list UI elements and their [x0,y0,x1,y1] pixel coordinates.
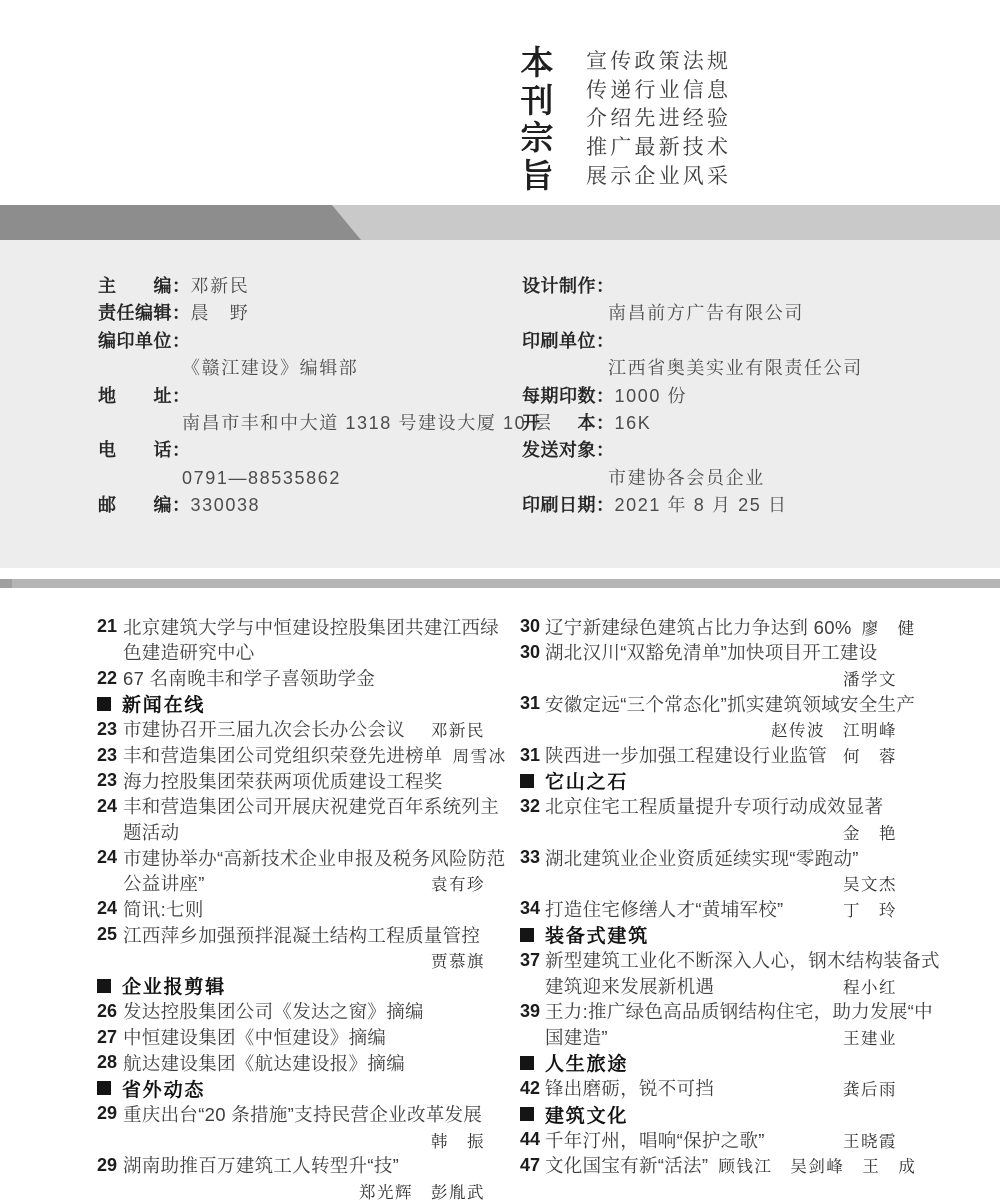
toc-page-number: 31 [520,693,545,714]
toc-page-number: 34 [520,898,545,919]
info-row: 编印单位： [98,328,498,355]
mission-lines: 宣传政策法规传递行业信息介绍先进经验推广最新技术展示企业风采 [586,44,731,194]
toc-entry: 31安徽定远“三个常态化”抓实建筑领域安全生产 [520,691,897,717]
toc-entry-continuation: 题活动 [97,819,485,845]
toc-entry-title: 海力控股集团荣获两项优质建设工程奖 [123,768,443,794]
toc-page-number: 22 [97,668,123,689]
publication-info-left-column: 主 编：邓新民责任编辑：晨 野编印单位：《赣江建设》编辑部地 址：南昌市丰和中大… [98,273,498,520]
toc-page-number: 27 [97,1027,123,1048]
toc-entry-continuation: 公益讲座”袁有珍 [97,870,485,896]
toc-page-number: 23 [97,770,123,791]
toc-author: 王晓霞 [833,1128,897,1152]
toc-page-number: 32 [520,796,545,817]
section-marker-icon [520,928,534,942]
toc-author: 金 艳 [833,820,897,844]
toc-author: 吴文杰 [833,871,897,895]
banner-dark-stripe [0,205,361,240]
toc-author-line: 韩 振 [97,1127,485,1153]
toc-section-header: 它山之石 [520,768,897,794]
toc-entry-title: 新型建筑工业化不断深入人心，钢木结构装备式 [545,947,940,973]
toc-section-title: 省外动态 [122,1075,205,1102]
toc-entry-title: 国建造” [545,1024,608,1050]
toc-author-line: 吴文杰 [520,870,897,896]
toc-entry: 32北京住宅工程质量提升专项行动成效显著 [520,793,897,819]
section-marker-icon [520,774,534,788]
info-label: 设计制作： [522,276,615,296]
toc-entry-continuation: 国建造”王建业 [520,1024,897,1050]
toc-author-line: 金 艳 [520,819,897,845]
toc-author: 廖 健 [852,615,916,639]
toc-left-column: 21北京建筑大学与中恒建设控股集团共建江西绿色建造研究中心2267 名南晚丰和学… [97,614,485,1202]
toc-page-number: 33 [520,847,545,868]
toc-entry-title: 锋出磨砺，锐不可挡 [545,1075,714,1101]
toc-section-title: 企业报剪辑 [122,972,226,999]
toc-author-line: 郑光辉 彭胤武 [97,1178,485,1202]
mission-line: 传递行业信息 [586,77,731,106]
toc-author: 龚后雨 [833,1076,897,1100]
toc-section-title: 新闻在线 [122,690,205,717]
toc-section-title: 装备式建筑 [545,921,649,948]
toc-entry-title: 湖北汉川“双豁免清单”加快项目开工建设 [545,639,878,665]
mission-line: 推广最新技术 [586,134,731,163]
toc-entry-title: 丰和营造集团公司党组织荣登先进榜单 [123,742,443,768]
toc-author: 贾慕旗 [421,948,485,972]
toc-entry: 25江西萍乡加强预拌混凝土结构工程质量管控 [97,922,485,948]
info-label: 邮 编： [98,495,191,515]
toc-section-title: 人生旅途 [545,1049,628,1076]
toc-entry-title: 辽宁新建绿色建筑占比力争达到 60% [545,614,852,640]
toc-entry: 26发达控股集团公司《发达之窗》摘编 [97,999,485,1025]
toc-entry-title: 打造住宅修缮人才“黄埔军校” [545,896,784,922]
toc-author: 顾钱江 吴剑峰 王 成 [708,1153,916,1177]
toc-entry: 30湖北汉川“双豁免清单”加快项目开工建设 [520,640,897,666]
toc-page-number: 29 [97,1155,123,1176]
section-marker-icon [97,1081,111,1095]
info-label: 责任编辑： [98,303,191,323]
toc-page-number: 30 [520,642,545,663]
toc-entry-title: 江西萍乡加强预拌混凝土结构工程质量管控 [123,922,480,948]
toc-page-number: 44 [520,1129,545,1150]
info-row: 印刷日期：2021 年 8 月 25 日 [522,492,952,519]
toc-entry-title: 丰和营造集团公司开展庆祝建党百年系统列主 [123,793,499,819]
toc-entry: 24简讯:七则 [97,896,485,922]
info-row: 责任编辑：晨 野 [98,300,498,327]
toc-section-title: 建筑文化 [545,1101,628,1128]
toc-entry-title: 简讯:七则 [123,896,204,922]
mission-title-char: 宗 [516,119,558,157]
info-label: 开 本： [522,413,615,433]
section-marker-icon [520,1107,534,1121]
toc-entry-title: 市建协召开三届九次会长办公会议 [123,716,405,742]
divider-stripe [0,579,1000,588]
mission-title-char: 本 [516,44,558,82]
info-row: 《赣江建设》编辑部 [98,355,498,382]
info-label: 地 址： [98,386,191,406]
info-row: 邮 编：330038 [98,492,498,519]
publication-info-panel: 主 编：邓新民责任编辑：晨 野编印单位：《赣江建设》编辑部地 址：南昌市丰和中大… [0,240,1000,568]
toc-entry-title: 北京建筑大学与中恒建设控股集团共建江西绿 [123,614,499,640]
info-value: 南昌前方广告有限公司 [608,303,804,323]
info-value: 1000 份 [615,386,688,406]
toc-author: 郑光辉 彭胤武 [349,1179,485,1202]
toc-entry-title: 题活动 [123,819,179,845]
section-marker-icon [97,697,111,711]
toc-entry: 2267 名南晚丰和学子喜领助学金 [97,665,485,691]
toc-section-header: 装备式建筑 [520,922,897,948]
info-row: 南昌市丰和中大道 1318 号建设大厦 10 层 [98,410,498,437]
info-row: 每期印数：1000 份 [522,383,952,410]
toc-entry-title: 建筑迎来发展新机遇 [545,973,714,999]
info-row: 市建协各会员企业 [522,465,952,492]
toc-page-number: 24 [97,898,123,919]
toc-entry: 29湖南助推百万建筑工人转型升“技” [97,1152,485,1178]
info-label: 编印单位： [98,331,191,351]
toc-entry-title: 重庆出台“20 条措施”支持民营企业改革发展 [123,1101,482,1127]
info-label: 每期印数： [522,386,615,406]
info-row: 发送对象： [522,437,952,464]
toc-entry: 34打造住宅修缮人才“黄埔军校”丁 玲 [520,896,897,922]
divider-left-cap [0,579,12,588]
toc-entry-title: 湖南助推百万建筑工人转型升“技” [123,1152,399,1178]
mission-line: 展示企业风采 [586,163,731,192]
info-row: 设计制作： [522,273,952,300]
toc-author-line: 赵传波 江明峰 [520,717,897,743]
info-value: 330038 [191,495,261,515]
toc-author-line: 潘学文 [520,665,897,691]
toc-section-title: 它山之石 [545,767,628,794]
toc-page-number: 28 [97,1052,123,1073]
info-row: 江西省奥美实业有限责任公司 [522,355,952,382]
info-row: 电 话： [98,437,498,464]
toc-page-number: 24 [97,847,123,868]
toc-entry: 23丰和营造集团公司党组织荣登先进榜单周雪冰 [97,742,485,768]
info-label: 发送对象： [522,440,615,460]
info-value: 16K [615,413,652,433]
toc-entry-continuation: 色建造研究中心 [97,640,485,666]
info-row: 开 本：16K [522,410,952,437]
info-label: 印刷单位： [522,331,615,351]
toc-author: 潘学文 [833,666,897,690]
toc-page-number: 25 [97,924,123,945]
publication-info-right-column: 设计制作：南昌前方广告有限公司印刷单位：江西省奥美实业有限责任公司每期印数：10… [522,273,952,520]
toc-entry-title: 湖北建筑业企业资质延续实现“零跑动” [545,845,859,871]
toc-author: 何 蓉 [833,743,897,767]
toc-section-header: 企业报剪辑 [97,973,485,999]
toc-page-number: 23 [97,745,123,766]
toc-page-number: 37 [520,950,545,971]
toc-page-number: 24 [97,796,123,817]
toc-entry-title: 发达控股集团公司《发达之窗》摘编 [123,998,424,1024]
toc-author: 程小红 [833,974,897,998]
toc-entry: 33湖北建筑业企业资质延续实现“零跑动” [520,845,897,871]
toc-entry: 44千年汀州，唱响“保护之歌”王晓霞 [520,1127,897,1153]
info-row: 主 编：邓新民 [98,273,498,300]
toc-entry: 37新型建筑工业化不断深入人心，钢木结构装备式 [520,947,897,973]
toc-author-line: 贾慕旗 [97,947,485,973]
toc-entry-title: 色建造研究中心 [123,639,255,665]
info-label: 电 话： [98,440,191,460]
toc-section-header: 人生旅途 [520,1050,897,1076]
info-row: 南昌前方广告有限公司 [522,300,952,327]
section-marker-icon [97,979,111,993]
toc-entry: 29重庆出台“20 条措施”支持民营企业改革发展 [97,1101,485,1127]
toc-entry: 42锋出磨砺，锐不可挡龚后雨 [520,1076,897,1102]
toc-author: 王建业 [833,1025,897,1049]
toc-entry: 28航达建设集团《航达建设报》摘编 [97,1050,485,1076]
info-row: 印刷单位： [522,328,952,355]
toc-section-header: 建筑文化 [520,1101,897,1127]
mission-statement: 本刊宗旨 宣传政策法规传递行业信息介绍先进经验推广最新技术展示企业风采 [516,44,731,194]
toc-author: 丁 玲 [833,897,897,921]
info-label: 印刷日期： [522,495,615,515]
toc-entry: 39王力:推广绿色高品质钢结构住宅，助力发展“中 [520,999,897,1025]
toc-entry-title: 安徽定远“三个常态化”抓实建筑领域安全生产 [545,691,915,717]
toc-author: 赵传波 江明峰 [761,717,897,741]
toc-page-number: 42 [520,1078,545,1099]
toc-page-number: 29 [97,1103,123,1124]
mission-title-char: 刊 [516,82,558,120]
toc-entry-title: 公益讲座” [123,870,205,896]
toc-entry: 24市建协举办“高新技术企业申报及税务风险防范 [97,845,485,871]
info-row: 地 址： [98,383,498,410]
toc-entry: 30辽宁新建绿色建筑占比力争达到 60%廖 健 [520,614,897,640]
banner-stripe [0,205,1000,240]
toc-entry-title: 千年汀州，唱响“保护之歌” [545,1127,765,1153]
toc-entry: 31陕西进一步加强工程建设行业监管何 蓉 [520,742,897,768]
mission-vertical-title: 本刊宗旨 [516,44,558,194]
toc-entry-title: 中恒建设集团《中恒建设》摘编 [123,1024,386,1050]
info-value: 0791—88535862 [182,468,341,488]
mission-line: 介绍先进经验 [586,105,731,134]
mission-line: 宣传政策法规 [586,48,731,77]
info-value: 南昌市丰和中大道 1318 号建设大厦 10 层 [182,413,552,433]
section-marker-icon [520,1056,534,1070]
info-value: 2021 年 8 月 25 日 [615,495,788,515]
toc-entry-title: 文化国宝有新“活法” [545,1152,708,1178]
toc-page-number: 47 [520,1155,545,1176]
toc-author: 袁有珍 [421,871,485,895]
toc-section-header: 省外动态 [97,1076,485,1102]
toc-entry-continuation: 建筑迎来发展新机遇程小红 [520,973,897,999]
toc-entry-title: 航达建设集团《航达建设报》摘编 [123,1050,405,1076]
toc-entry: 23海力控股集团荣获两项优质建设工程奖 [97,768,485,794]
toc-entry-title: 67 名南晚丰和学子喜领助学金 [123,665,375,691]
toc-entry-title: 北京住宅工程质量提升专项行动成效显著 [545,793,883,819]
toc-entry-title: 王力:推广绿色高品质钢结构住宅，助力发展“中 [545,998,933,1024]
toc-page-number: 26 [97,1001,123,1022]
info-value: 邓新民 [191,276,250,296]
toc-page-number: 30 [520,616,545,637]
toc-right-column: 30辽宁新建绿色建筑占比力争达到 60%廖 健30湖北汉川“双豁免清单”加快项目… [520,614,897,1178]
toc-entry-title: 市建协举办“高新技术企业申报及税务风险防范 [123,845,505,871]
info-value: 江西省奥美实业有限责任公司 [608,358,863,378]
info-value: 《赣江建设》编辑部 [182,358,358,378]
toc-entry: 24丰和营造集团公司开展庆祝建党百年系统列主 [97,793,485,819]
toc-author: 邓新民 [421,717,485,741]
toc-page-number: 31 [520,745,545,766]
mission-title-char: 旨 [516,157,558,195]
toc-entry: 21北京建筑大学与中恒建设控股集团共建江西绿 [97,614,485,640]
toc-author: 韩 振 [421,1128,485,1152]
toc-author: 周雪冰 [443,743,507,767]
info-value: 晨 野 [191,303,250,323]
toc-entry: 47文化国宝有新“活法”顾钱江 吴剑峰 王 成 [520,1152,897,1178]
toc-page-number: 23 [97,719,123,740]
info-value: 市建协各会员企业 [608,468,765,488]
toc-page-number: 39 [520,1001,545,1022]
info-row: 0791—88535862 [98,465,498,492]
toc-entry: 27中恒建设集团《中恒建设》摘编 [97,1024,485,1050]
toc-entry: 23市建协召开三届九次会长办公会议邓新民 [97,717,485,743]
toc-page-number: 21 [97,616,123,637]
toc-section-header: 新闻在线 [97,691,485,717]
toc-entry-title: 陕西进一步加强工程建设行业监管 [545,742,827,768]
info-label: 主 编： [98,276,191,296]
